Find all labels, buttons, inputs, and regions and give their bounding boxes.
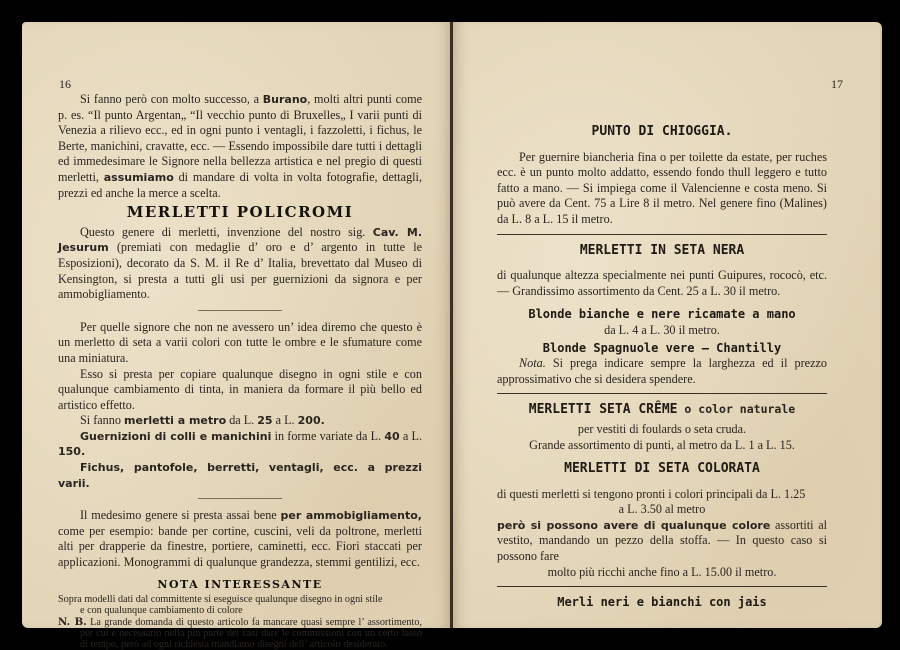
text: Si fanno però con molto successo, a: [80, 92, 263, 106]
colorata-line-2: a L. 3.50 al metro: [497, 502, 827, 518]
price-line-merletti: Si fanno merletti a metro da L. 25 a L. …: [58, 413, 422, 429]
bold: 200.: [298, 414, 325, 427]
colorata-last: molto più ricchi anche fino a L. 15.00 i…: [497, 565, 827, 581]
idea-paragraph: Per quelle signore che non ne avessero u…: [58, 320, 422, 367]
heading-punto-di-chioggia: PUNTO DI CHIOGGIA.: [497, 124, 827, 140]
bold-assumiamo: assumiamo: [104, 171, 174, 184]
creme-line-1: per vestiti di foulards o seta cruda.: [497, 422, 827, 438]
blonde-price: da L. 4 a L. 30 il metro.: [497, 323, 827, 339]
colorata-paragraph: però si possono avere di qualunque color…: [497, 518, 827, 565]
heading-merletti-seta-nera: MERLETTI IN SETA NERA: [497, 243, 827, 259]
creme-line-2: Grande assortimento di punti, al metro d…: [497, 438, 827, 454]
bold: 150.: [58, 445, 85, 458]
text: a L.: [273, 413, 298, 427]
heading-text: MERLETTI SETA CRÊME: [529, 402, 678, 417]
left-page-content: Si fanno però con molto successo, a Bura…: [58, 92, 422, 650]
text: da L.: [226, 413, 257, 427]
heading-seta-colorata: MERLETTI DI SETA COLORATA: [497, 461, 827, 477]
ammobigliamento-paragraph: Il medesimo genere si presta assai bene …: [58, 508, 422, 570]
bold: però si possono avere di qualunque color…: [497, 519, 770, 532]
text: Questo genere di merletti, invenzione de…: [80, 225, 373, 239]
intro-paragraph: Si fanno però con molto successo, a Bura…: [58, 92, 422, 201]
heading-blonde-spagnuole: Blonde Spagnuole vere — Chantilly: [497, 341, 827, 357]
page-number: 17: [831, 77, 843, 92]
heading-subtext: o color naturale: [678, 402, 796, 416]
text: Si prega indicare sempre la larghezza ed…: [497, 356, 827, 386]
left-page: 16 Si fanno però con molto successo, a B…: [22, 22, 451, 628]
text: in forme variate da L.: [271, 429, 384, 443]
nb-label: N. B.: [58, 616, 87, 628]
divider: [497, 234, 827, 235]
text: a L.: [400, 429, 422, 443]
page-number: 16: [59, 77, 71, 92]
price-line-guernizioni: Guernizioni di colli e manichini in form…: [58, 429, 422, 460]
bold: Guernizioni di colli e manichini: [80, 430, 271, 443]
divider: [497, 586, 827, 587]
nera-paragraph: di qualunque altezza specialmente nei pu…: [497, 268, 827, 299]
nb-paragraph: N. B. La grande domanda di questo artico…: [58, 617, 422, 650]
bold-burano: Burano: [263, 93, 307, 106]
esso-paragraph: Esso si presta per copiare qualunque dis…: [58, 367, 422, 414]
nota-line-1: Sopra modelli dati dal committente si es…: [58, 594, 422, 605]
text: come per esempio: bande per cortine, cus…: [58, 524, 422, 569]
nota-paragraph: Nota. Si prega indicare sempre la larghe…: [497, 356, 827, 387]
divider: [198, 310, 282, 311]
chioggia-paragraph: Per guernire biancheria fina o per toile…: [497, 150, 827, 228]
nota-label: Nota.: [519, 356, 546, 370]
heading-blonde-bianche: Blonde bianche e nere ricamate a mano: [497, 307, 827, 323]
heading-nota-interessante: NOTA INTERESSANTE: [58, 577, 422, 593]
divider: [497, 393, 827, 394]
price-line-fichus: Fichus, pantofole, berretti, ventagli, e…: [58, 460, 422, 491]
text: (premiati con medaglie d’ oro e d’ argen…: [58, 240, 422, 301]
colorata-line-1: di questi merletti si tengono pronti i c…: [497, 487, 827, 503]
bold: merletti a metro: [124, 414, 226, 427]
right-page-content: PUNTO DI CHIOGGIA. Per guernire biancher…: [497, 102, 827, 611]
heading-merletti-policromi: MERLETTI POLICROMI: [58, 205, 422, 221]
right-page: 17 PUNTO DI CHIOGGIA. Per guernire bianc…: [453, 22, 880, 628]
text: Si fanno: [80, 413, 124, 427]
text: Il medesimo genere si presta assai bene: [80, 508, 281, 522]
divider: [198, 498, 282, 499]
nota-line-2: e con qualunque cambiamento di colore: [58, 605, 422, 616]
text: La grande domanda di questo articolo fa …: [80, 617, 422, 650]
bold: per ammobigliamento,: [281, 509, 422, 522]
policromi-paragraph: Questo genere di merletti, invenzione de…: [58, 225, 422, 303]
bold: 40: [384, 430, 399, 443]
heading-merli-jais: Merli neri e bianchi con jais: [497, 595, 827, 611]
bold: 25: [257, 414, 272, 427]
heading-seta-creme: MERLETTI SETA CRÊME o color naturale: [497, 402, 827, 418]
